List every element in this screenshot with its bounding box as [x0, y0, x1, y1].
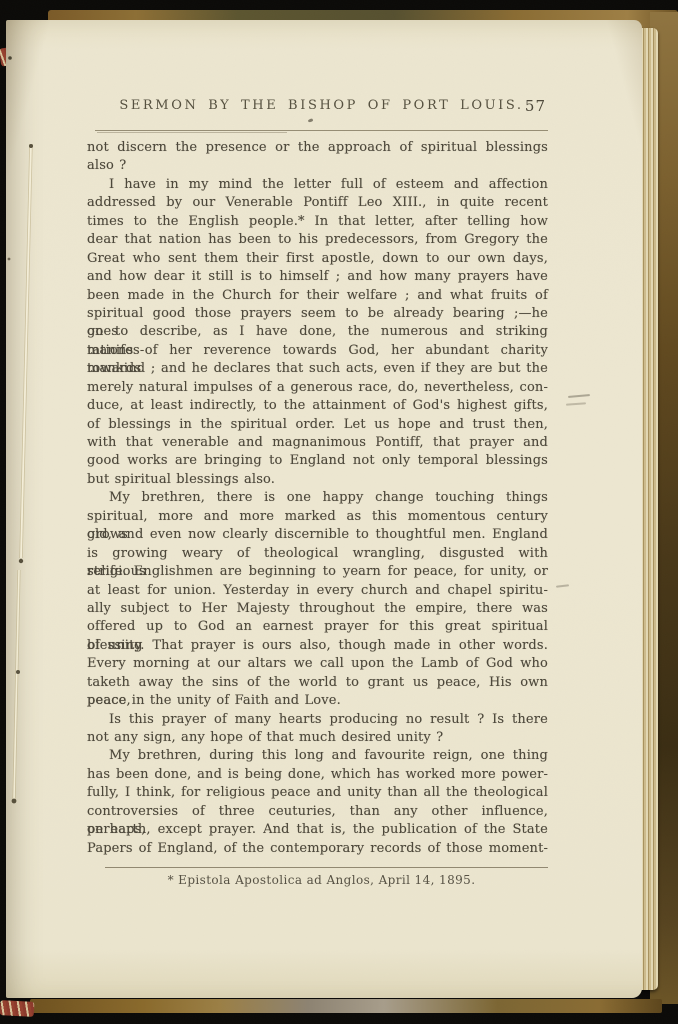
- text-line: at least for union. Yesterday in every c…: [87, 582, 548, 600]
- text-line: mankind ; and he declares that such acts…: [87, 360, 548, 378]
- text-line: and how dear it still is to himself ; an…: [87, 268, 548, 286]
- text-line: is growing weary of theological wranglin…: [87, 545, 548, 563]
- text-line: spiritual good those prayers seem to be …: [87, 305, 548, 323]
- text-line: Every morning at our altars we call upon…: [87, 655, 548, 673]
- text-line: also ?: [87, 157, 548, 175]
- text-line: not discern the presence or the approach…: [87, 139, 548, 157]
- text-line: ally subject to Her Majesty throughout t…: [87, 600, 548, 618]
- text-line: strife. Englishmen are beginning to year…: [87, 563, 548, 581]
- text-line: dear that nation has been to his predece…: [87, 231, 548, 249]
- text-line: controversies of three ceuturies, than a…: [87, 803, 548, 821]
- text-line: Papers of England, of the contemporary r…: [87, 840, 548, 858]
- text-line: duce, at least indirectly, to the attain…: [87, 397, 548, 415]
- text-line: has been done, and is being done, which …: [87, 766, 548, 784]
- text-line: of unity. That prayer is ours also, thou…: [87, 637, 548, 655]
- footnote-rule: [105, 867, 548, 868]
- header-rule: [95, 130, 548, 131]
- text-line: on earth, except prayer. And that is, th…: [87, 821, 548, 839]
- page-number: 57: [525, 97, 546, 115]
- text-line: spiritual, more and more marked as this …: [87, 508, 548, 526]
- text-line: times to the English people.* In that le…: [87, 213, 548, 231]
- footnote: * Epistola Apostolica ad Anglos, April 1…: [95, 873, 548, 887]
- spine-headband-bottom: [0, 1000, 34, 1017]
- text-line: fully, I think, for religious peace and …: [87, 784, 548, 802]
- text-line: addressed by our Venerable Pontiff Leo X…: [87, 194, 548, 212]
- page-title: SERMON BY THE BISHOP OF PORT LOUIS.: [95, 98, 548, 113]
- text-line: I have in my mind the letter full of est…: [87, 176, 548, 194]
- text-line: good works are bringing to England not o…: [87, 452, 548, 470]
- book-cover-bottom-edge: [30, 999, 662, 1013]
- scanned-book-photo: SERMON BY THE BISHOP OF PORT LOUIS. 57 n…: [0, 0, 678, 1024]
- text-line: offered up to God an earnest prayer for …: [87, 618, 548, 636]
- text-line: Great who sent them their first apostle,…: [87, 250, 548, 268]
- text-line: peace in the unity of Faith and Love.: [87, 692, 548, 710]
- text-line: My brethren, during this long and favour…: [87, 747, 548, 765]
- text-line: been made in the Church for their welfar…: [87, 287, 548, 305]
- text-line: not any sign, any hope of that much desi…: [87, 729, 548, 747]
- text-line: taketh away the sins of the world to gra…: [87, 674, 548, 692]
- text-line: My brethren, there is one happy change t…: [87, 489, 548, 507]
- text-line: but spiritual blessings also.: [87, 471, 548, 489]
- body-text: not discern the presence or the approach…: [87, 139, 548, 858]
- text-line: merely natural impulses of a generous ra…: [87, 379, 548, 397]
- text-line: of blessings in the spiritual order. Let…: [87, 416, 548, 434]
- text-line: Is this prayer of many hearts producing …: [87, 711, 548, 729]
- text-line: old, and even now clearly discernible to…: [87, 526, 548, 544]
- text-line: on to describe, as I have done, the nume…: [87, 323, 548, 341]
- text-line: tations of her reverence towards God, he…: [87, 342, 548, 360]
- running-head: SERMON BY THE BISHOP OF PORT LOUIS. 57: [95, 98, 548, 118]
- text-line: with that venerable and magnanimous Pont…: [87, 434, 548, 452]
